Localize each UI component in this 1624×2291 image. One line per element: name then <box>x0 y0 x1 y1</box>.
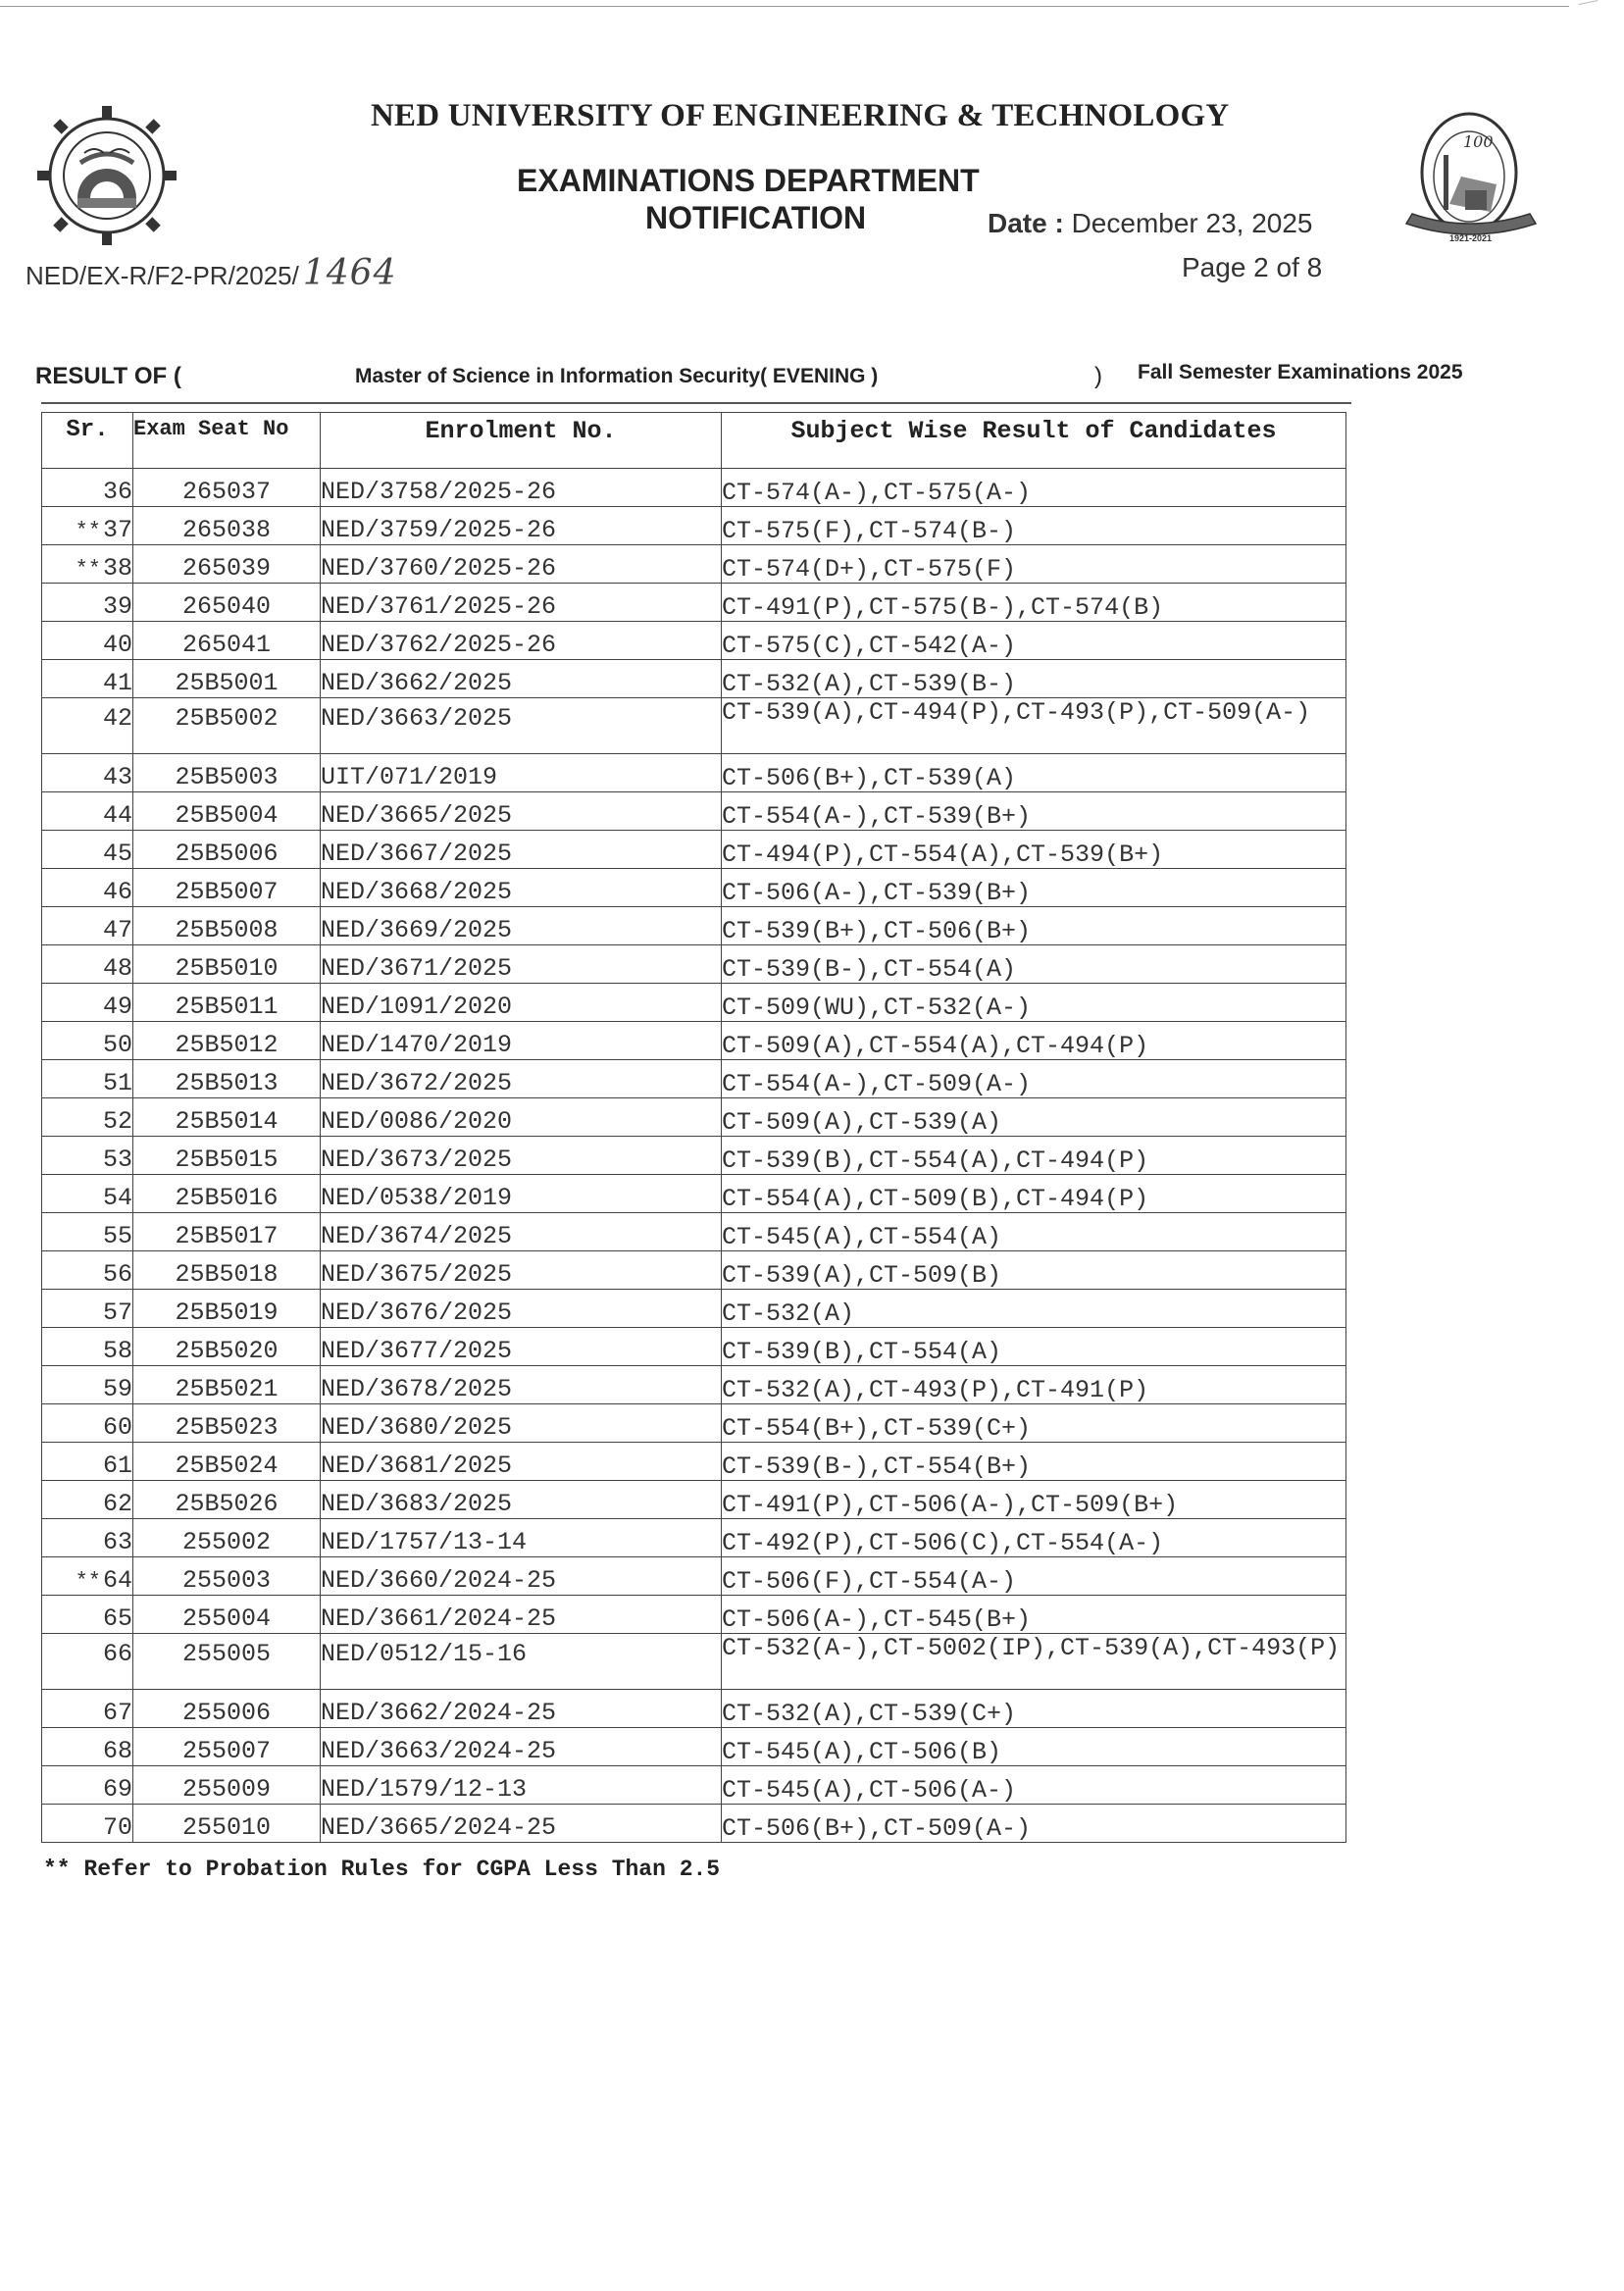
cell-sr: 55 <box>42 1213 133 1251</box>
sr-number: 51 <box>103 1069 132 1097</box>
table-row: 36265037NED/3758/2025-26CT-574(A-),CT-57… <box>42 469 1346 507</box>
table-row: **38265039NED/3760/2025-26CT-574(D+),CT-… <box>42 545 1346 584</box>
cell-result: CT-575(C),CT-542(A-) <box>722 622 1346 660</box>
cell-seat-no: 265040 <box>133 584 321 622</box>
cell-sr: 48 <box>42 945 133 984</box>
table-row: 5225B5014NED/0086/2020CT-509(A),CT-539(A… <box>42 1098 1346 1137</box>
cell-seat-no: 255002 <box>133 1519 321 1557</box>
sr-number: 48 <box>103 954 132 983</box>
probation-flag: ** <box>76 1569 101 1594</box>
cell-result: CT-506(A-),CT-539(B+) <box>722 869 1346 907</box>
cell-result: CT-539(A),CT-509(B) <box>722 1251 1346 1290</box>
sr-number: 46 <box>103 878 132 906</box>
cell-enrolment: NED/3662/2025 <box>321 660 722 698</box>
table-row: 67255006NED/3662/2024-25CT-532(A),CT-539… <box>42 1690 1346 1728</box>
cell-sr: 65 <box>42 1596 133 1634</box>
cell-seat-no: 25B5010 <box>133 945 321 984</box>
cell-sr: **37 <box>42 507 133 545</box>
table-row: 5925B5021NED/3678/2025CT-532(A),CT-493(P… <box>42 1366 1346 1404</box>
table-row: 4825B5010NED/3671/2025CT-539(B-),CT-554(… <box>42 945 1346 984</box>
cell-enrolment: NED/3665/2024-25 <box>321 1805 722 1843</box>
sr-number: 58 <box>103 1337 132 1365</box>
cell-sr: 59 <box>42 1366 133 1404</box>
notification-date: Date : December 23, 2025 <box>988 208 1313 239</box>
university-name: NED UNIVERSITY OF ENGINEERING & TECHNOLO… <box>371 98 1229 134</box>
cell-sr: 43 <box>42 754 133 792</box>
cell-enrolment: NED/3683/2025 <box>321 1481 722 1519</box>
date-value: December 23, 2025 <box>1072 208 1313 238</box>
cell-sr: 41 <box>42 660 133 698</box>
sr-number: 67 <box>103 1699 132 1727</box>
cell-result: CT-506(B+),CT-539(A) <box>722 754 1346 792</box>
table-row: **64255003NED/3660/2024-25CT-506(F),CT-5… <box>42 1557 1346 1596</box>
cell-seat-no: 25B5021 <box>133 1366 321 1404</box>
cell-sr: 42 <box>42 698 133 754</box>
table-row: 5025B5012NED/1470/2019CT-509(A),CT-554(A… <box>42 1022 1346 1060</box>
cell-seat-no: 25B5013 <box>133 1060 321 1098</box>
table-row: 5725B5019NED/3676/2025CT-532(A) <box>42 1290 1346 1328</box>
cell-result: CT-554(A-),CT-509(A-) <box>722 1060 1346 1098</box>
table-row: 6025B5023NED/3680/2025CT-554(B+),CT-539(… <box>42 1404 1346 1443</box>
cell-seat-no: 25B5023 <box>133 1404 321 1443</box>
exam-session: Fall Semester Examinations 2025 <box>1138 361 1463 384</box>
cell-enrolment: NED/3760/2025-26 <box>321 545 722 584</box>
table-row: 5325B5015NED/3673/2025CT-539(B),CT-554(A… <box>42 1137 1346 1175</box>
cell-sr: 63 <box>42 1519 133 1557</box>
cell-sr: 60 <box>42 1404 133 1443</box>
cell-sr: 70 <box>42 1805 133 1843</box>
program-name: Master of Science in Information Securit… <box>355 365 878 388</box>
cell-result: CT-539(B),CT-554(A),CT-494(P) <box>722 1137 1346 1175</box>
cell-sr: **38 <box>42 545 133 584</box>
cell-seat-no: 25B5002 <box>133 698 321 754</box>
table-row: 5525B5017NED/3674/2025CT-545(A),CT-554(A… <box>42 1213 1346 1251</box>
sr-number: 65 <box>103 1604 132 1633</box>
cell-sr: **64 <box>42 1557 133 1596</box>
cell-result: CT-545(A),CT-554(A) <box>722 1213 1346 1251</box>
cell-enrolment: NED/3671/2025 <box>321 945 722 984</box>
table-row: 4125B5001NED/3662/2025CT-532(A),CT-539(B… <box>42 660 1346 698</box>
reference-handwritten: 1464 <box>303 253 397 293</box>
cell-enrolment: NED/3660/2024-25 <box>321 1557 722 1596</box>
cell-enrolment: NED/3676/2025 <box>321 1290 722 1328</box>
cell-seat-no: 25B5015 <box>133 1137 321 1175</box>
cell-sr: 44 <box>42 792 133 831</box>
sr-number: 36 <box>103 478 132 506</box>
cell-enrolment: NED/3668/2025 <box>321 869 722 907</box>
sr-number: 41 <box>103 669 132 697</box>
cell-sr: 52 <box>42 1098 133 1137</box>
probation-flag: ** <box>76 519 101 543</box>
sr-number: 60 <box>103 1413 132 1442</box>
cell-enrolment: NED/3672/2025 <box>321 1060 722 1098</box>
cell-enrolment: NED/3675/2025 <box>321 1251 722 1290</box>
page-top-border <box>0 6 1569 7</box>
table-row: 4325B5003UIT/071/2019CT-506(B+),CT-539(A… <box>42 754 1346 792</box>
table-row: 40265041NED/3762/2025-26CT-575(C),CT-542… <box>42 622 1346 660</box>
cell-enrolment: NED/3680/2025 <box>321 1404 722 1443</box>
cell-result: CT-532(A),CT-539(B-) <box>722 660 1346 698</box>
cell-result: CT-506(A-),CT-545(B+) <box>722 1596 1346 1634</box>
table-row: 65255004NED/3661/2024-25CT-506(A-),CT-54… <box>42 1596 1346 1634</box>
table-row: 4725B5008NED/3669/2025CT-539(B+),CT-506(… <box>42 907 1346 945</box>
sr-number: 38 <box>103 554 132 583</box>
cell-result: CT-509(A),CT-539(A) <box>722 1098 1346 1137</box>
cell-seat-no: 25B5018 <box>133 1251 321 1290</box>
cell-result: CT-554(A-),CT-539(B+) <box>722 792 1346 831</box>
cell-result: CT-574(A-),CT-575(A-) <box>722 469 1346 507</box>
cell-seat-no: 265038 <box>133 507 321 545</box>
cell-sr: 56 <box>42 1251 133 1290</box>
sr-number: 37 <box>103 516 132 544</box>
cell-result: CT-491(P),CT-575(B-),CT-574(B) <box>722 584 1346 622</box>
cell-seat-no: 25B5004 <box>133 792 321 831</box>
cell-seat-no: 25B5020 <box>133 1328 321 1366</box>
notification-title: NOTIFICATION <box>645 200 866 236</box>
cell-result: CT-509(A),CT-554(A),CT-494(P) <box>722 1022 1346 1060</box>
sr-number: 61 <box>103 1451 132 1480</box>
sr-number: 59 <box>103 1375 132 1403</box>
column-header-result: Subject Wise Result of Candidates <box>722 413 1346 469</box>
cell-enrolment: NED/3673/2025 <box>321 1137 722 1175</box>
cell-result: CT-539(B-),CT-554(A) <box>722 945 1346 984</box>
reference-prefix: NED/EX-R/F2-PR/2025/ <box>25 261 299 290</box>
table-row: 5125B5013NED/3672/2025CT-554(A-),CT-509(… <box>42 1060 1346 1098</box>
cell-seat-no: 255007 <box>133 1728 321 1766</box>
table-row: 6125B5024NED/3681/2025CT-539(B-),CT-554(… <box>42 1443 1346 1481</box>
sr-number: 53 <box>103 1145 132 1174</box>
cell-enrolment: NED/3665/2025 <box>321 792 722 831</box>
sr-number: 56 <box>103 1260 132 1289</box>
cell-result: CT-532(A-),CT-5002(IP),CT-539(A),CT-493(… <box>722 1634 1346 1690</box>
cell-enrolment: NED/3761/2025-26 <box>321 584 722 622</box>
table-row: 5425B5016NED/0538/2019CT-554(A),CT-509(B… <box>42 1175 1346 1213</box>
sr-number: 55 <box>103 1222 132 1250</box>
table-row: 4525B5006NED/3667/2025CT-494(P),CT-554(A… <box>42 831 1346 869</box>
cell-result: CT-492(P),CT-506(C),CT-554(A-) <box>722 1519 1346 1557</box>
cell-sr: 45 <box>42 831 133 869</box>
sr-number: 44 <box>103 801 132 830</box>
sr-number: 52 <box>103 1107 132 1136</box>
sr-number: 70 <box>103 1813 132 1842</box>
cell-sr: 68 <box>42 1728 133 1766</box>
cell-seat-no: 25B5008 <box>133 907 321 945</box>
cell-result: CT-506(F),CT-554(A-) <box>722 1557 1346 1596</box>
sr-number: 68 <box>103 1737 132 1765</box>
column-header-enrolment: Enrolment No. <box>321 413 722 469</box>
cell-sr: 66 <box>42 1634 133 1690</box>
table-row: 39265040NED/3761/2025-26CT-491(P),CT-575… <box>42 584 1346 622</box>
cell-sr: 49 <box>42 984 133 1022</box>
cell-seat-no: 25B5006 <box>133 831 321 869</box>
cell-enrolment: UIT/071/2019 <box>321 754 722 792</box>
cell-seat-no: 265037 <box>133 469 321 507</box>
cell-enrolment: NED/3663/2024-25 <box>321 1728 722 1766</box>
result-of-label: RESULT OF ( <box>35 363 181 390</box>
cell-enrolment: NED/3681/2025 <box>321 1443 722 1481</box>
sr-number: 64 <box>103 1566 132 1595</box>
results-table: Sr. Exam Seat No Enrolment No. Subject W… <box>41 412 1346 1843</box>
sr-number: 62 <box>103 1490 132 1518</box>
cell-result: CT-539(B+),CT-506(B+) <box>722 907 1346 945</box>
cell-result: CT-532(A),CT-539(C+) <box>722 1690 1346 1728</box>
cell-result: CT-539(A),CT-494(P),CT-493(P),CT-509(A-) <box>722 698 1346 754</box>
table-row: 6225B5026NED/3683/2025CT-491(P),CT-506(A… <box>42 1481 1346 1519</box>
cell-enrolment: NED/3661/2024-25 <box>321 1596 722 1634</box>
cell-result: CT-506(B+),CT-509(A-) <box>722 1805 1346 1843</box>
sr-number: 69 <box>103 1775 132 1804</box>
sr-number: 42 <box>103 704 132 733</box>
cell-seat-no: 25B5014 <box>133 1098 321 1137</box>
cell-seat-no: 25B5026 <box>133 1481 321 1519</box>
table-row: 68255007NED/3663/2024-25CT-545(A),CT-506… <box>42 1728 1346 1766</box>
result-of-close: ) <box>1094 363 1102 390</box>
cell-enrolment: NED/1579/12-13 <box>321 1766 722 1805</box>
sr-number: 40 <box>103 631 132 659</box>
table-row: 4625B5007NED/3668/2025CT-506(A-),CT-539(… <box>42 869 1346 907</box>
sr-number: 63 <box>103 1528 132 1556</box>
column-header-sr: Sr. <box>42 413 133 469</box>
cell-seat-no: 255006 <box>133 1690 321 1728</box>
cell-seat-no: 25B5003 <box>133 754 321 792</box>
cell-seat-no: 255010 <box>133 1805 321 1843</box>
cell-sr: 62 <box>42 1481 133 1519</box>
probation-flag: ** <box>76 557 101 582</box>
cell-seat-no: 255009 <box>133 1766 321 1805</box>
sr-number: 43 <box>103 763 132 791</box>
cell-sr: 39 <box>42 584 133 622</box>
cell-sr: 51 <box>42 1060 133 1098</box>
sr-number: 54 <box>103 1184 132 1212</box>
cell-seat-no: 25B5024 <box>133 1443 321 1481</box>
cell-result: CT-494(P),CT-554(A),CT-539(B+) <box>722 831 1346 869</box>
table-row: 66255005NED/0512/15-16CT-532(A-),CT-5002… <box>42 1634 1346 1690</box>
ned-gear-logo-icon <box>33 102 180 249</box>
cell-seat-no: 255003 <box>133 1557 321 1596</box>
cell-result: CT-575(F),CT-574(B-) <box>722 507 1346 545</box>
cell-enrolment: NED/3662/2024-25 <box>321 1690 722 1728</box>
sr-number: 50 <box>103 1031 132 1059</box>
cell-sr: 53 <box>42 1137 133 1175</box>
cell-enrolment: NED/1091/2020 <box>321 984 722 1022</box>
cell-seat-no: 255004 <box>133 1596 321 1634</box>
cell-seat-no: 255005 <box>133 1634 321 1690</box>
cell-enrolment: NED/3678/2025 <box>321 1366 722 1404</box>
cell-result: CT-545(A),CT-506(B) <box>722 1728 1346 1766</box>
cell-result: CT-491(P),CT-506(A-),CT-509(B+) <box>722 1481 1346 1519</box>
cell-enrolment: NED/3762/2025-26 <box>321 622 722 660</box>
cell-sr: 50 <box>42 1022 133 1060</box>
cell-enrolment: NED/3663/2025 <box>321 698 722 754</box>
cell-result: CT-574(D+),CT-575(F) <box>722 545 1346 584</box>
reference-number: NED/EX-R/F2-PR/2025/1464 <box>25 253 397 293</box>
cell-result: CT-545(A),CT-506(A-) <box>722 1766 1346 1805</box>
corner-mark <box>1578 0 1599 11</box>
table-row: 4925B5011NED/1091/2020CT-509(WU),CT-532(… <box>42 984 1346 1022</box>
cell-enrolment: NED/3677/2025 <box>321 1328 722 1366</box>
table-row: 4425B5004NED/3665/2025CT-554(A-),CT-539(… <box>42 792 1346 831</box>
sr-number: 47 <box>103 916 132 944</box>
header-divider <box>41 402 1351 404</box>
cell-enrolment: NED/0538/2019 <box>321 1175 722 1213</box>
cell-seat-no: 25B5007 <box>133 869 321 907</box>
date-label: Date : <box>988 208 1064 238</box>
cell-sr: 67 <box>42 1690 133 1728</box>
cell-sr: 47 <box>42 907 133 945</box>
table-row: 70255010NED/3665/2024-25CT-506(B+),CT-50… <box>42 1805 1346 1843</box>
cell-sr: 46 <box>42 869 133 907</box>
cell-seat-no: 25B5012 <box>133 1022 321 1060</box>
department-title: EXAMINATIONS DEPARTMENT <box>517 163 980 199</box>
ned-centenary-logo-icon: 100 1921-2021 <box>1393 106 1549 263</box>
table-row: 5625B5018NED/3675/2025CT-539(A),CT-509(B… <box>42 1251 1346 1290</box>
cell-sr: 61 <box>42 1443 133 1481</box>
cell-enrolment: NED/3669/2025 <box>321 907 722 945</box>
cell-sr: 36 <box>42 469 133 507</box>
cell-seat-no: 265041 <box>133 622 321 660</box>
cell-seat-no: 25B5001 <box>133 660 321 698</box>
cell-result: CT-539(B),CT-554(A) <box>722 1328 1346 1366</box>
sr-number: 57 <box>103 1298 132 1327</box>
page-number: Page 2 of 8 <box>1182 252 1322 283</box>
cell-sr: 58 <box>42 1328 133 1366</box>
cell-result: CT-509(WU),CT-532(A-) <box>722 984 1346 1022</box>
cell-enrolment: NED/3759/2025-26 <box>321 507 722 545</box>
cell-seat-no: 25B5016 <box>133 1175 321 1213</box>
cell-seat-no: 25B5019 <box>133 1290 321 1328</box>
cell-enrolment: NED/1757/13-14 <box>321 1519 722 1557</box>
cell-sr: 69 <box>42 1766 133 1805</box>
table-row: 4225B5002NED/3663/2025CT-539(A),CT-494(P… <box>42 698 1346 754</box>
table-row: 5825B5020NED/3677/2025CT-539(B),CT-554(A… <box>42 1328 1346 1366</box>
cell-enrolment: NED/3758/2025-26 <box>321 469 722 507</box>
svg-text:1921-2021: 1921-2021 <box>1449 233 1492 243</box>
cell-sr: 54 <box>42 1175 133 1213</box>
cell-sr: 57 <box>42 1290 133 1328</box>
table-row: 69255009NED/1579/12-13CT-545(A),CT-506(A… <box>42 1766 1346 1805</box>
column-header-seat: Exam Seat No <box>133 413 321 469</box>
sr-number: 39 <box>103 592 132 621</box>
sr-number: 66 <box>103 1640 132 1668</box>
cell-result: CT-532(A) <box>722 1290 1346 1328</box>
cell-result: CT-554(B+),CT-539(C+) <box>722 1404 1346 1443</box>
cell-enrolment: NED/3667/2025 <box>321 831 722 869</box>
cell-enrolment: NED/0512/15-16 <box>321 1634 722 1690</box>
table-row: **37265038NED/3759/2025-26CT-575(F),CT-5… <box>42 507 1346 545</box>
svg-text:100: 100 <box>1463 132 1494 151</box>
cell-enrolment: NED/1470/2019 <box>321 1022 722 1060</box>
cell-seat-no: 25B5011 <box>133 984 321 1022</box>
probation-footnote: ** Refer to Probation Rules for CGPA Les… <box>43 1857 720 1882</box>
table-header-row: Sr. Exam Seat No Enrolment No. Subject W… <box>42 413 1346 469</box>
cell-enrolment: NED/3674/2025 <box>321 1213 722 1251</box>
sr-number: 49 <box>103 993 132 1021</box>
cell-result: CT-539(B-),CT-554(B+) <box>722 1443 1346 1481</box>
cell-enrolment: NED/0086/2020 <box>321 1098 722 1137</box>
table-row: 63255002NED/1757/13-14CT-492(P),CT-506(C… <box>42 1519 1346 1557</box>
cell-seat-no: 265039 <box>133 545 321 584</box>
cell-sr: 40 <box>42 622 133 660</box>
sr-number: 45 <box>103 840 132 868</box>
cell-seat-no: 25B5017 <box>133 1213 321 1251</box>
cell-result: CT-532(A),CT-493(P),CT-491(P) <box>722 1366 1346 1404</box>
cell-result: CT-554(A),CT-509(B),CT-494(P) <box>722 1175 1346 1213</box>
